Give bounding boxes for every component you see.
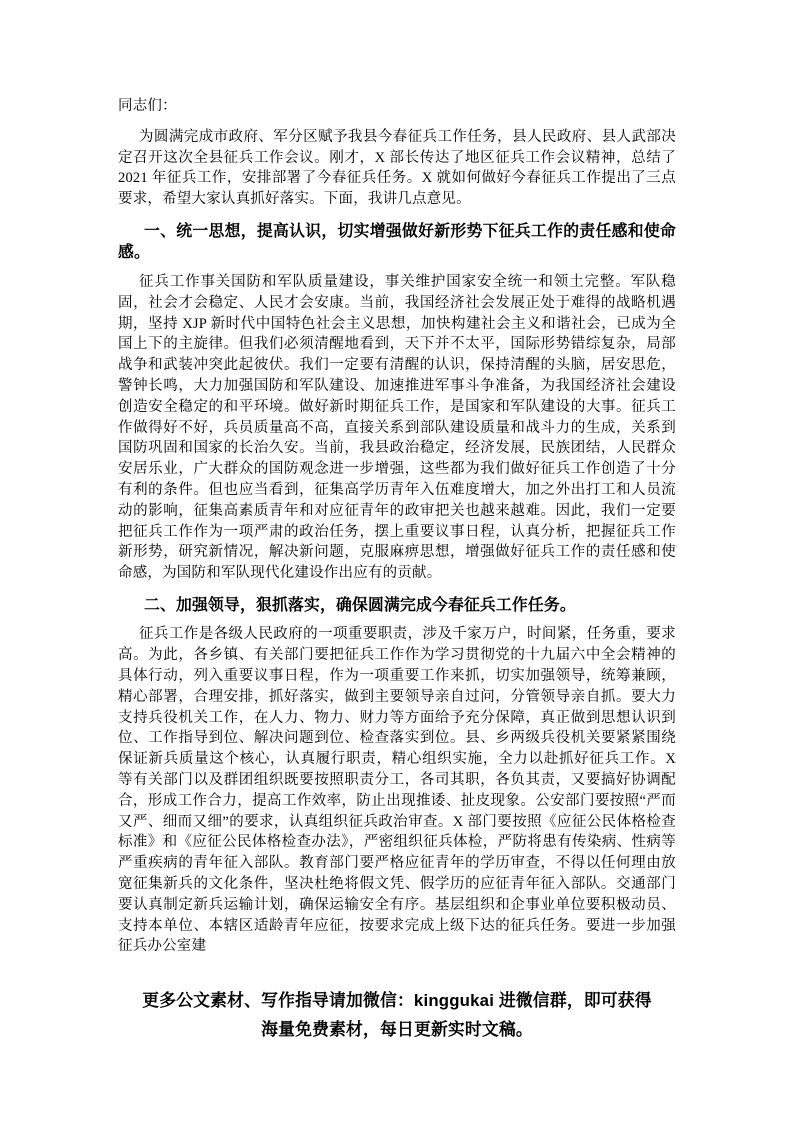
footer-line-2: 海量免费素材，每日更新实时文稿。 [118,1016,676,1045]
intro-paragraph: 为圆满完成市政府、军分区赋予我县今春征兵工作任务，县人民政府、县人武部决定召开这… [118,127,676,210]
document-page: 同志们： 为圆满完成市政府、军分区赋予我县今春征兵工作任务，县人民政府、县人武部… [0,0,793,1122]
section-1-heading: 一、统一思想，提高认识，切实增强做好新形势下征兵工作的责任感和使命感。 [118,221,676,264]
section-1-body: 征兵工作事关国防和军队质量建设，事关维护国家安全统一和领土完整。军队稳固，社会才… [118,272,676,584]
footer-promo: 更多公文素材、写作指导请加微信：kinggukai 进微信群，即可获得 海量免费… [118,987,676,1044]
document-content: 同志们： 为圆满完成市政府、军分区赋予我县今春征兵工作任务，县人民政府、县人武部… [118,96,676,1044]
section-2-heading: 二、加强领导，狠抓落实，确保圆满完成今春征兵工作任务。 [118,595,676,617]
footer-line-1: 更多公文素材、写作指导请加微信：kinggukai 进微信群，即可获得 [118,987,676,1016]
salutation: 同志们： [118,96,676,117]
section-2-body: 征兵工作是各级人民政府的一项重要职责，涉及千家万户，时间紧，任务重，要求高。为此… [118,624,676,957]
